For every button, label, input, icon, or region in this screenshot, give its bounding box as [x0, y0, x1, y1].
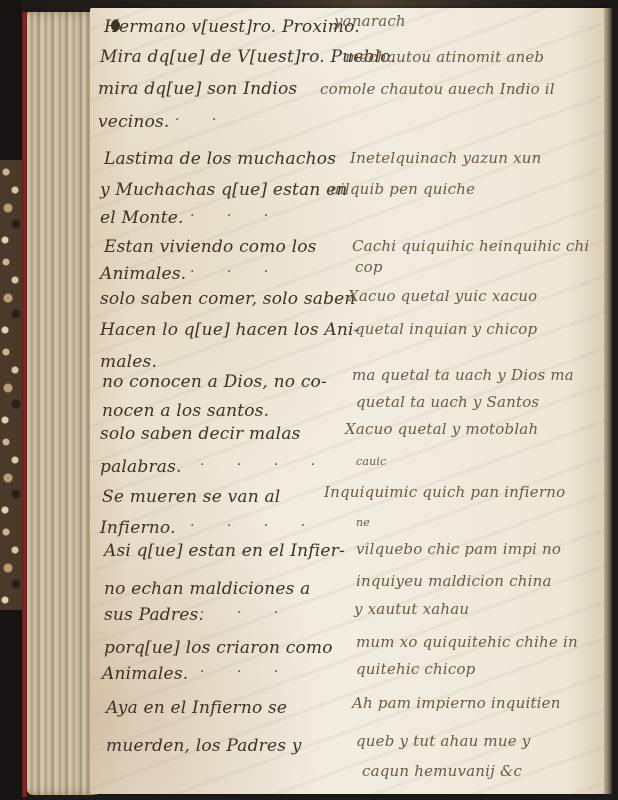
- native-line: mum xo quiquitehic chihe in: [356, 633, 578, 651]
- native-line: caqun hemuvanij &c: [362, 762, 522, 780]
- spanish-line: Lastima de los muchachos: [104, 149, 336, 169]
- native-line: inquiyeu maldicion china: [356, 572, 552, 590]
- native-line: Xacuo quetal yuic xacuo: [348, 287, 537, 305]
- spanish-line: sus Padres.: [104, 605, 204, 625]
- native-line: comole chautou auech Indio il: [320, 80, 555, 98]
- spanish-line: no echan maldiciones a: [104, 579, 310, 599]
- spanish-line: palabras.: [100, 457, 182, 477]
- spanish-line: Hermano v[uest]ro. Proximo.: [104, 17, 360, 37]
- spanish-line: nocen a los santos.: [102, 401, 269, 421]
- native-line: quitehic chicop: [356, 660, 475, 678]
- native-line: queb y tut ahau mue y: [356, 732, 530, 750]
- native-line: Inquiquimic quich pan infierno: [324, 483, 565, 501]
- spanish-line: Animales.: [102, 664, 188, 684]
- leader-dots: · · · ·: [200, 457, 329, 473]
- native-line: vilquebo chic pam impi no: [356, 540, 561, 558]
- leader-dots: · · ·: [200, 605, 292, 621]
- native-line: ne: [356, 516, 370, 529]
- spanish-line: Infierno.: [100, 518, 176, 538]
- spanish-line: Asi q[ue] estan en el Infier-: [104, 541, 345, 561]
- spanish-line: Estan viviendo como los: [104, 237, 317, 257]
- native-line: ma quetal ta uach y Dios ma: [352, 366, 574, 384]
- leader-dots: · · ·: [200, 664, 292, 680]
- native-line: Xacuo quetal y motoblah: [345, 420, 538, 438]
- native-line: y xautut xahau: [354, 600, 469, 618]
- spanish-line: solo saben comer, solo saben: [100, 289, 356, 309]
- leader-dots: · · · ·: [190, 518, 319, 534]
- native-line: quetal inquian y chicop: [355, 320, 537, 338]
- scanned-manuscript: Hermano v[uest]ro. Proximo. yanarach Mir…: [0, 0, 618, 800]
- spanish-line: mira dq[ue] son Indios: [98, 79, 297, 99]
- native-line: uilquib pen quiche: [330, 180, 475, 198]
- spanish-line: vecinos.: [98, 112, 170, 132]
- native-line: Ah pam impierno inquitien: [352, 694, 561, 712]
- spanish-line: no conocen a Dios, no co-: [102, 372, 327, 392]
- spanish-line: y Muchachas q[ue] estan en: [100, 180, 348, 200]
- native-line: Cachi quiquihic heinquihic chi: [352, 237, 589, 255]
- native-line: yanarach: [334, 12, 406, 30]
- native-line: quetal ta uach y Santos: [356, 393, 539, 411]
- spanish-line: males.: [100, 352, 157, 372]
- leader-dots: · ·: [175, 112, 230, 128]
- spanish-line: muerden, los Padres y: [106, 736, 302, 756]
- spanish-line: Aya en el Infierno se: [106, 698, 287, 718]
- spanish-line: Hacen lo q[ue] hacen los Ani-: [100, 320, 360, 340]
- leader-dots: · · ·: [190, 208, 282, 224]
- native-line: Inetelquinach yazun xun: [350, 149, 541, 167]
- native-line: cauic: [356, 455, 386, 468]
- native-line: mechautou atinomit aneb: [345, 48, 544, 66]
- spanish-line: Se mueren se van al: [102, 487, 280, 507]
- handwritten-text: Hermano v[uest]ro. Proximo. yanarach Mir…: [0, 0, 618, 800]
- spanish-line: solo saben decir malas: [100, 424, 301, 444]
- spanish-line: porq[ue] los criaron como: [104, 638, 333, 658]
- spanish-line: Animales.: [100, 264, 186, 284]
- native-line: cop: [355, 258, 383, 276]
- leader-dots: · · ·: [190, 264, 282, 280]
- spanish-line: el Monte.: [100, 208, 184, 228]
